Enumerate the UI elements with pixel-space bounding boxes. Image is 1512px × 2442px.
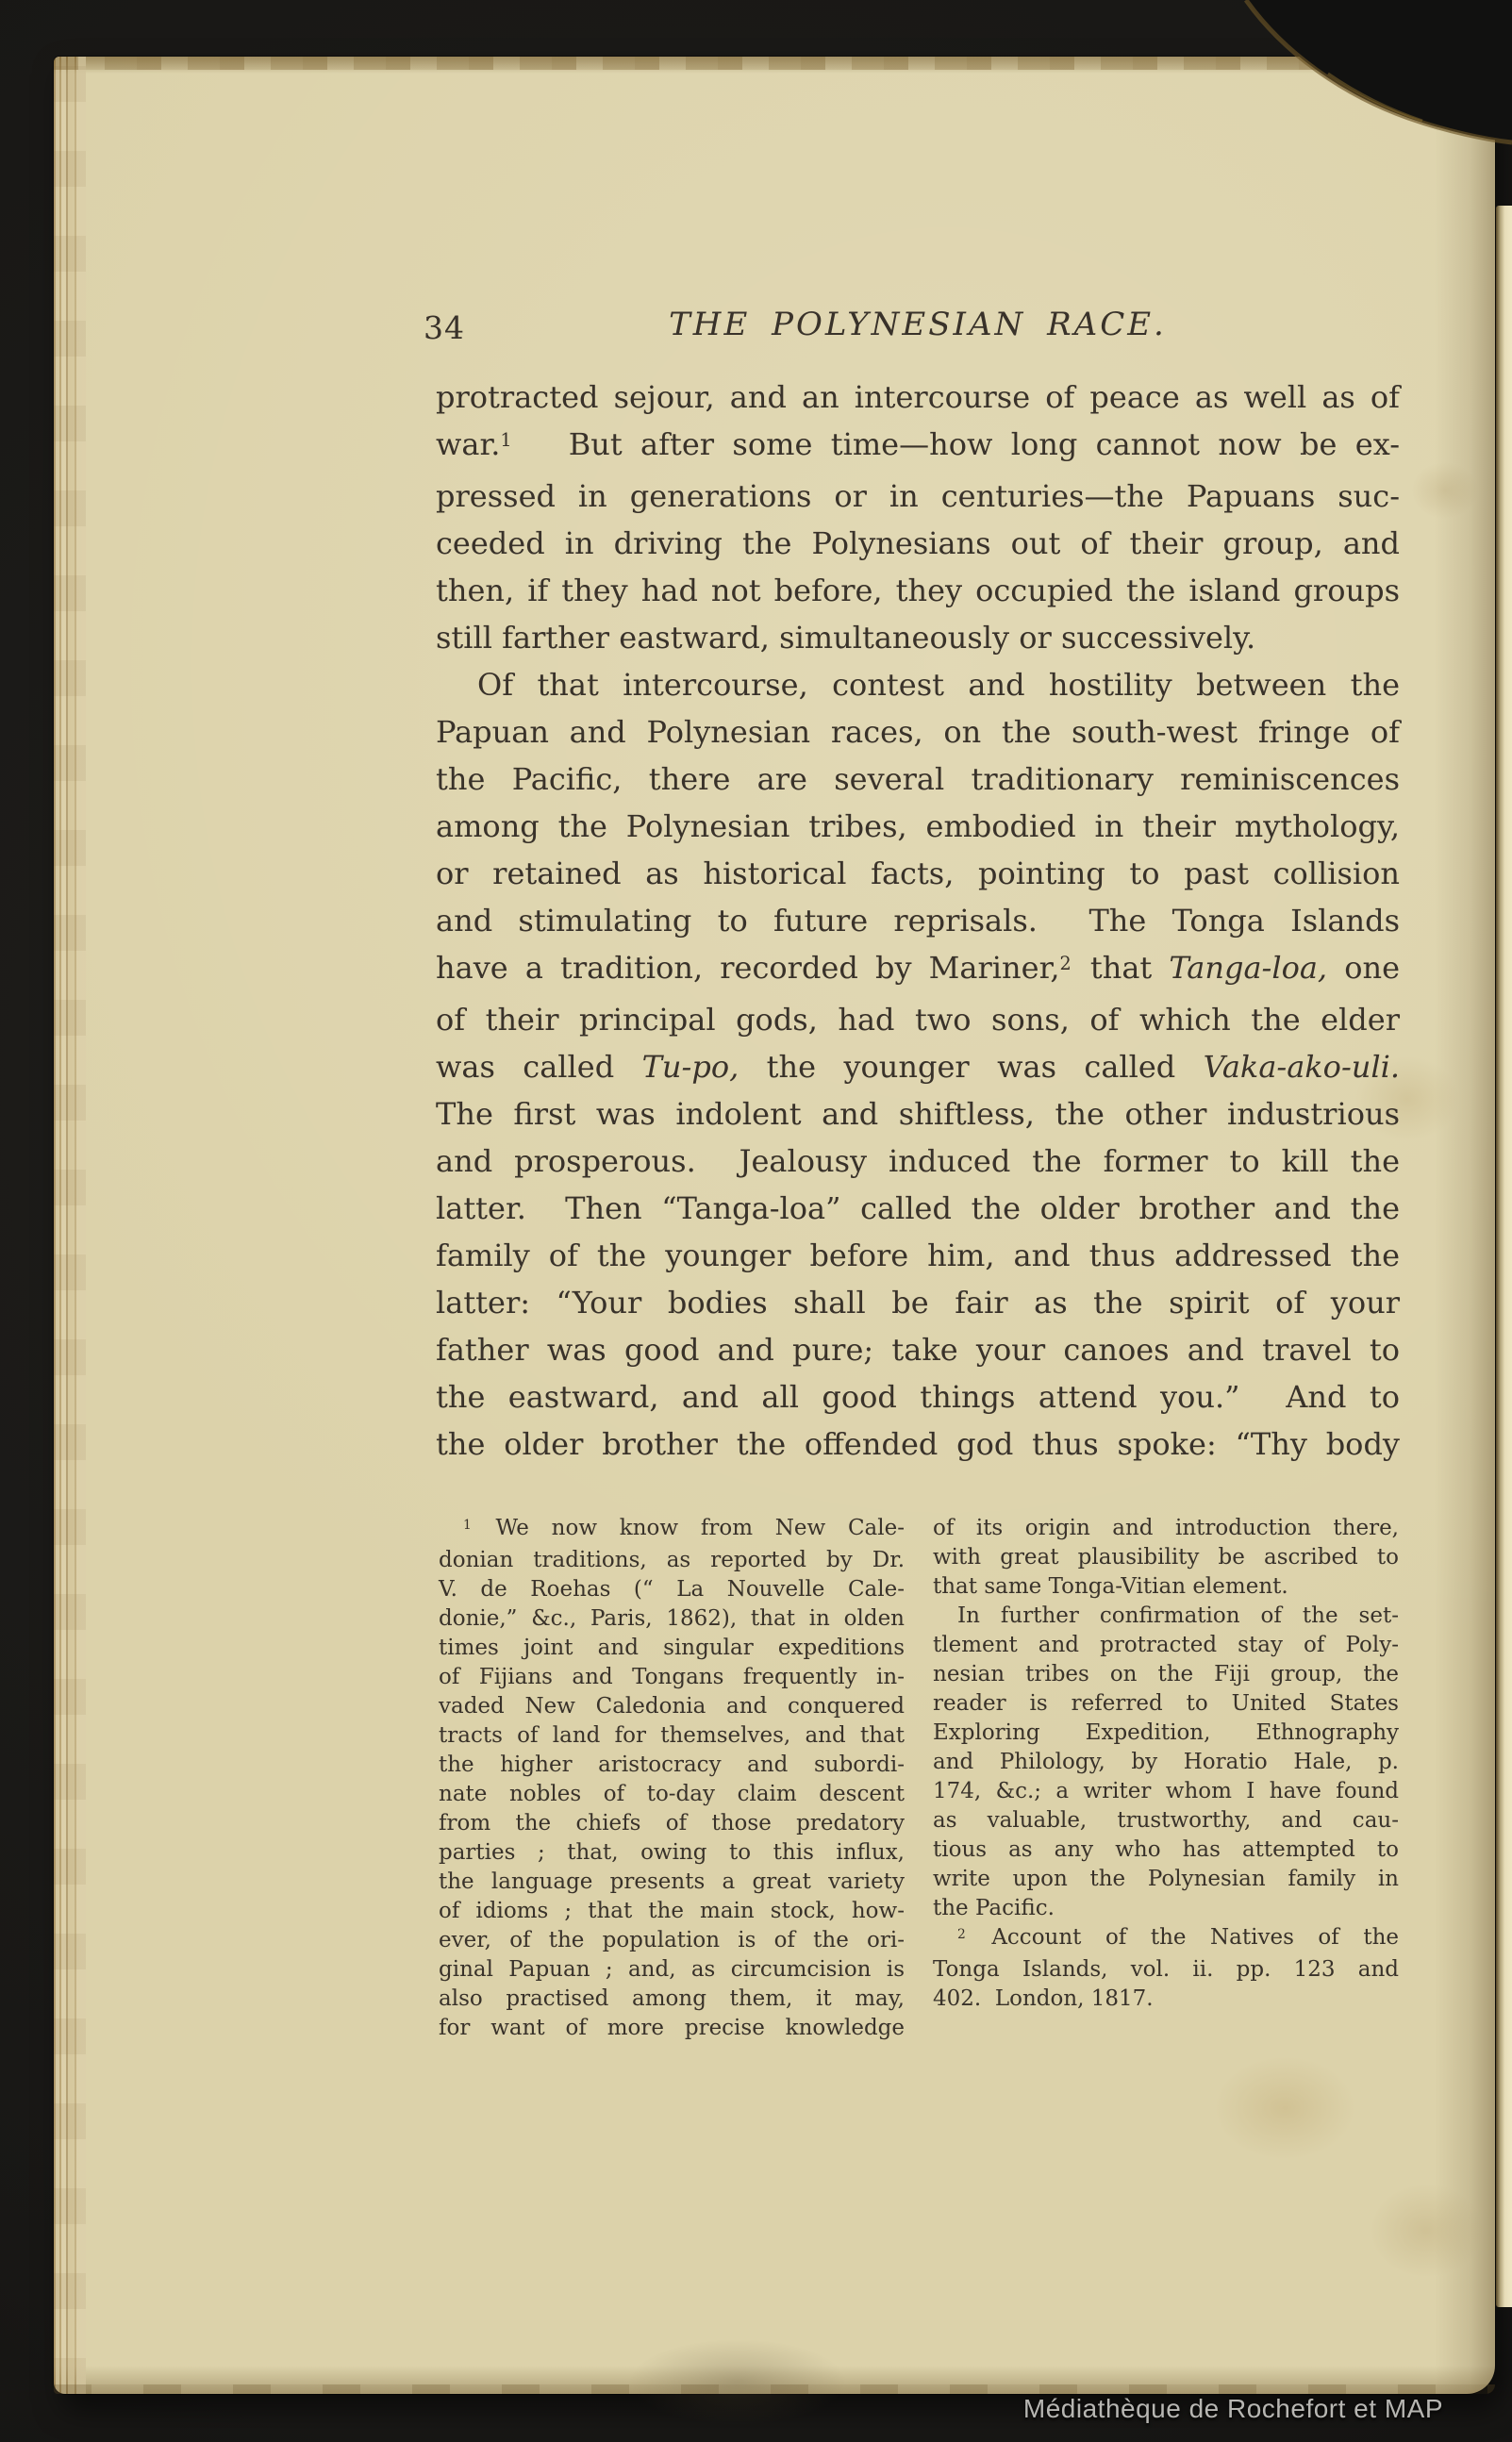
text-line: 1 We now know from New Cale- [439, 1514, 905, 1546]
text-line: of its origin and introduction there, [933, 1514, 1399, 1543]
text-line: the older brother the offended god thus … [436, 1420, 1400, 1468]
text-line: latter: “Your bodies shall be fair as th… [436, 1279, 1400, 1326]
text-line: nesian tribes on the Fiji group, the [933, 1660, 1399, 1689]
text-line: the Pacific, there are several tradition… [436, 756, 1400, 803]
body-text: protracted sejour, and an intercourse of… [436, 374, 1400, 1468]
text-line: then, if they had not before, they occup… [436, 567, 1400, 614]
paragraph: 2 Account of the Natives of theTonga Isl… [933, 1923, 1399, 2014]
paper-stain [1214, 2056, 1355, 2160]
text-line: In further confirmation of the set- [933, 1602, 1399, 1631]
page-deckle-edge [54, 57, 86, 2394]
text-line: with great plausibility be ascribed to [933, 1543, 1399, 1572]
text-line: family of the younger before him, and th… [436, 1232, 1400, 1279]
text-line: the language presents a great variety [439, 1868, 905, 1897]
text-line: write upon the Polynesian family in [933, 1865, 1399, 1894]
text-line: the Pacific. [933, 1894, 1399, 1923]
text-line: parties ; that, owing to this influx, [439, 1838, 905, 1868]
text-line: ever, of the population is of the ori- [439, 1926, 905, 1955]
footnote-column-2: of its origin and introduction there,wit… [933, 1514, 1399, 2014]
page-bottom-edge [54, 2384, 1495, 2394]
paper-stain [1412, 462, 1478, 519]
text-line: pressed in generations or in centuries—t… [436, 473, 1400, 520]
text-line: father was good and pure; take your cano… [436, 1326, 1400, 1373]
text-line: 2 Account of the Natives of the [933, 1923, 1399, 1955]
text-line: as valuable, trustworthy, and cau- [933, 1806, 1399, 1836]
text-line: vaded New Caledonia and conquered [439, 1692, 905, 1721]
paper-stain [629, 2339, 846, 2424]
text-line: times joint and singular expeditions [439, 1634, 905, 1663]
text-line: have a tradition, recorded by Mariner,2 … [436, 944, 1400, 996]
paragraph: 1 We now know from New Cale-donian tradi… [439, 1514, 905, 2043]
text-line: reader is referred to United States [933, 1689, 1399, 1719]
text-line: 174, &c.; a writer whom I have found [933, 1777, 1399, 1806]
paragraph: Of that intercourse, contest and hostili… [436, 661, 1400, 1468]
text-line: of idioms ; that the main stock, how- [439, 1897, 905, 1926]
text-line: the higher aristocracy and subordi- [439, 1751, 905, 1780]
text-line: Papuan and Polynesian races, on the sout… [436, 708, 1400, 756]
library-watermark: Médiathèque de Rochefort et MAP [1023, 2394, 1443, 2424]
book-page: 34 THE POLYNESIAN RACE. protracted sejou… [54, 57, 1495, 2394]
text-line: of their principal gods, had two sons, o… [436, 996, 1400, 1043]
text-line: was called Tu-po, the younger was called… [436, 1043, 1400, 1090]
text-line: The first was indolent and shiftless, th… [436, 1090, 1400, 1138]
text-line: protracted sejour, and an intercourse of… [436, 374, 1400, 421]
paragraph: of its origin and introduction there,wit… [933, 1514, 1399, 1602]
text-line: tracts of land for themselves, and that [439, 1721, 905, 1751]
paragraph: In further confirmation of the set-tleme… [933, 1602, 1399, 1923]
text-line: donie,” &c., Paris, 1862), that in olden [439, 1604, 905, 1634]
paper-stain [1370, 2184, 1483, 2278]
text-line: also practised among them, it may, [439, 1985, 905, 2014]
text-line: for want of more precise knowledge [439, 2014, 905, 2043]
text-line: of Fijians and Tongans frequently in- [439, 1663, 905, 1692]
text-line: V. de Roehas (“ La Nouvelle Cale- [439, 1575, 905, 1604]
text-line: donian traditions, as reported by Dr. [439, 1546, 905, 1575]
running-header: THE POLYNESIAN RACE. [436, 306, 1400, 343]
text-line: ceeded in driving the Polynesians out of… [436, 520, 1400, 567]
paragraph: protracted sejour, and an intercourse of… [436, 374, 1400, 661]
next-page-edge [1496, 206, 1512, 2307]
text-line: or retained as historical facts, pointin… [436, 850, 1400, 897]
text-line: war.1 But after some time—how long canno… [436, 421, 1400, 473]
book-cover-corner [1229, 0, 1512, 160]
text-line: ginal Papuan ; and, as circumcision is [439, 1955, 905, 1985]
text-line: tious as any who has attempted to [933, 1836, 1399, 1865]
text-line: that same Tonga-Vitian element. [933, 1572, 1399, 1602]
text-line: among the Polynesian tribes, embodied in… [436, 803, 1400, 850]
text-line: still farther eastward, simultaneously o… [436, 614, 1400, 661]
text-line: nate nobles of to-day claim descent [439, 1780, 905, 1809]
scanned-book-photo: 34 THE POLYNESIAN RACE. protracted sejou… [0, 0, 1512, 2442]
footnote-column-1: 1 We now know from New Cale-donian tradi… [439, 1514, 905, 2043]
text-line: Of that intercourse, contest and hostili… [436, 661, 1400, 708]
text-line: from the chiefs of those predatory [439, 1809, 905, 1838]
text-line: Exploring Expedition, Ethnography [933, 1719, 1399, 1748]
text-line: 402. London, 1817. [933, 1985, 1399, 2014]
text-line: latter. Then “Tanga-loa” called the olde… [436, 1185, 1400, 1232]
text-line: tlement and protracted stay of Poly- [933, 1631, 1399, 1660]
text-line: and Philology, by Horatio Hale, p. [933, 1748, 1399, 1777]
text-line: and stimulating to future reprisals. The… [436, 897, 1400, 944]
text-line: and prosperous. Jealousy induced the for… [436, 1138, 1400, 1185]
text-line: the eastward, and all good things attend… [436, 1373, 1400, 1420]
text-line: Tonga Islands, vol. ii. pp. 123 and [933, 1955, 1399, 1985]
